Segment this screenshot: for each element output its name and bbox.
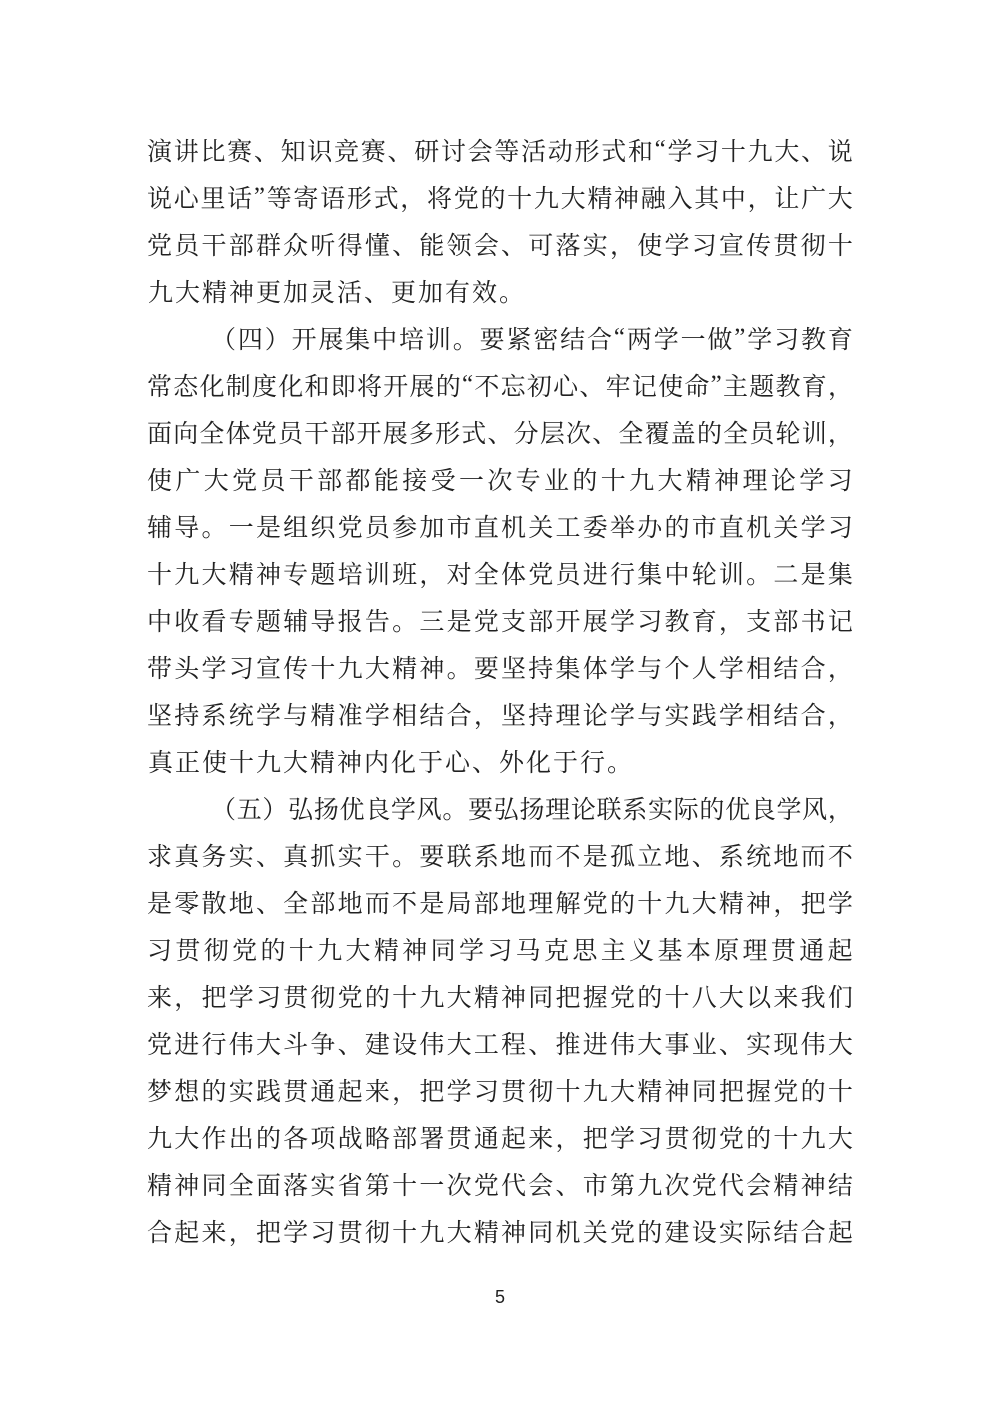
document-body: 演讲比赛、知识竞赛、研讨会等活动形式和“学习十九大、说说心里话”等寄语形式，将党… (147, 126, 853, 1254)
text-line: 九大作出的各项战略部署贯通起来，把学习贯彻党的十九大 (147, 1113, 853, 1160)
text-line: 中收看专题辅导报告。三是党支部开展学习教育，支部书记 (147, 596, 853, 643)
text-line: 来，把学习贯彻党的十九大精神同把握党的十八大以来我们 (147, 972, 853, 1019)
text-line: 说心里话”等寄语形式，将党的十九大精神融入其中，让广大 (147, 173, 853, 220)
page-number: 5 (495, 1287, 505, 1307)
text-line: （五）弘扬优良学风。要弘扬理论联系实际的优良学风， (147, 784, 853, 831)
text-line: 合起来，把学习贯彻十九大精神同机关党的建设实际结合起 (147, 1207, 853, 1254)
text-line: 演讲比赛、知识竞赛、研讨会等活动形式和“学习十九大、说 (147, 126, 853, 173)
text-line: 梦想的实践贯通起来，把学习贯彻十九大精神同把握党的十 (147, 1066, 853, 1113)
text-line: 坚持系统学与精准学相结合，坚持理论学与实践学相结合， (147, 690, 853, 737)
text-line: 党进行伟大斗争、建设伟大工程、推进伟大事业、实现伟大 (147, 1019, 853, 1066)
text-line: 九大精神更加灵活、更加有效。 (147, 267, 853, 314)
text-line: 辅导。一是组织党员参加市直机关工委举办的市直机关学习 (147, 502, 853, 549)
text-line: 十九大精神专题培训班，对全体党员进行集中轮训。二是集 (147, 549, 853, 596)
text-line: （四）开展集中培训。要紧密结合“两学一做”学习教育 (147, 314, 853, 361)
text-line: 带头学习宣传十九大精神。要坚持集体学与个人学相结合， (147, 643, 853, 690)
document-page: 演讲比赛、知识竞赛、研讨会等活动形式和“学习十九大、说说心里话”等寄语形式，将党… (0, 0, 1000, 1414)
text-line: 是零散地、全部地而不是局部地理解党的十九大精神，把学 (147, 878, 853, 925)
text-line: 习贯彻党的十九大精神同学习马克思主义基本原理贯通起 (147, 925, 853, 972)
text-line: 党员干部群众听得懂、能领会、可落实，使学习宣传贯彻十 (147, 220, 853, 267)
text-line: 精神同全面落实省第十一次党代会、市第九次党代会精神结 (147, 1160, 853, 1207)
text-line: 使广大党员干部都能接受一次专业的十九大精神理论学习 (147, 455, 853, 502)
page-footer: 5 (147, 1282, 853, 1312)
text-line: 求真务实、真抓实干。要联系地而不是孤立地、系统地而不 (147, 831, 853, 878)
text-line: 常态化制度化和即将开展的“不忘初心、牢记使命”主题教育， (147, 361, 853, 408)
text-line: 面向全体党员干部开展多形式、分层次、全覆盖的全员轮训， (147, 408, 853, 455)
text-line: 真正使十九大精神内化于心、外化于行。 (147, 737, 853, 784)
